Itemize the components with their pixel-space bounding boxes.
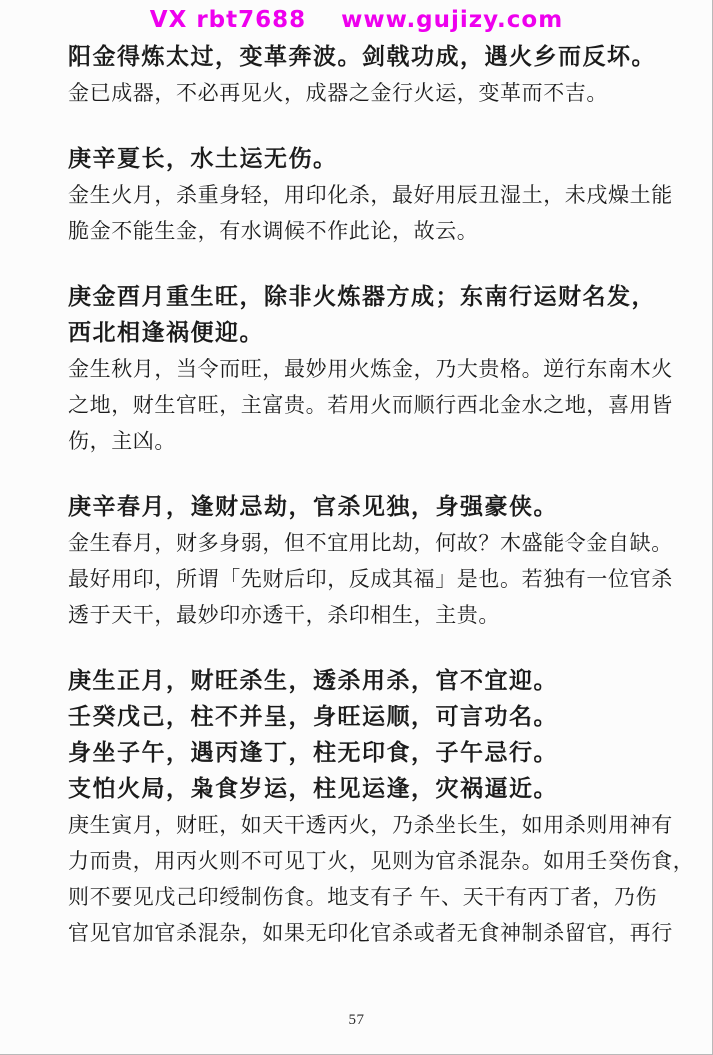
watermark-vx-text: VX rbt7688 [150,7,306,33]
verse-heading-line: 阳金得炼太过，变革奔波。剑戟功成，遇火乡而反坏。 [68,39,655,75]
commentary-line: 金生春月，财多身弱，但不宜用比劫，何故？木盛能令金自缺。 [68,525,655,561]
verse-heading-line: 庚金酉月重生旺，除非火炼器方成；东南行运财名发， [68,279,655,315]
watermark-header: VX rbt7688 www.gujizy.com [0,0,713,33]
commentary-line: 透于天干，最妙印亦透干，杀印相生，主贵。 [68,597,655,633]
page-footer: 57 [0,1012,713,1029]
verse-heading-line: 支怕火局，枭食岁运，柱见运逢，灾祸逼近。 [68,771,655,807]
commentary-line: 之地，财生官旺，主富贵。若用火而顺行西北金水之地，喜用皆 [68,387,655,423]
commentary-line: 金生秋月，当令而旺，最妙用火炼金，乃大贵格。逆行东南木火 [68,351,655,387]
verse-heading-line: 身坐子午，遇丙逢丁，柱无印食，子午忌行。 [68,735,655,771]
commentary-line: 脆金不能生金，有水调候不作此论，故云。 [68,213,655,249]
section-gengjin-youyue: 庚金酉月重生旺，除非火炼器方成；东南行运财名发， 西北相逢祸便迎。 金生秋月，当… [68,279,655,459]
commentary-line: 金生火月，杀重身轻，用印化杀，最好用辰丑湿土，未戌燥土能 [68,177,655,213]
section-gengxin-xiachang: 庚辛夏长，水土运无伤。 金生火月，杀重身轻，用印化杀，最好用辰丑湿土，未戌燥土能… [68,141,655,249]
section-gengxin-chunyue: 庚辛春月，逢财忌劫，官杀见独，身强豪侠。 金生春月，财多身弱，但不宜用比劫，何故… [68,489,655,633]
scanned-book-page: VX rbt7688 www.gujizy.com 阳金得炼太过，变革奔波。剑戟… [0,0,713,1055]
watermark-url-text: www.gujizy.com [341,7,563,33]
commentary-line: 力而贵，用丙火则不可见丁火，见则为官杀混杂。如用壬癸伤食， [68,843,655,879]
section-yang-jin-verse: 阳金得炼太过，变革奔波。剑戟功成，遇火乡而反坏。 金已成器，不必再见火，成器之金… [68,39,655,111]
verse-heading-line: 壬癸戊己，柱不并呈，身旺运顺，可言功名。 [68,699,655,735]
verse-heading-line: 庚辛夏长，水土运无伤。 [68,141,655,177]
commentary-line: 庚生寅月，财旺，如天干透丙火，乃杀坐长生，如用杀则用神有 [68,807,655,843]
verse-heading-line: 庚辛春月，逢财忌劫，官杀见独，身强豪侠。 [68,489,655,525]
section-gengsheng-zhengyue: 庚生正月，财旺杀生，透杀用杀，官不宜迎。 壬癸戊己，柱不并呈，身旺运顺，可言功名… [68,663,655,951]
page-number: 57 [349,1012,365,1028]
verse-heading-line: 西北相逢祸便迎。 [68,315,655,351]
commentary-line: 官见官加官杀混杂，如果无印化官杀或者无食神制杀留官，再行 [68,915,655,951]
commentary-line: 最好用印，所谓「先财后印，反成其福」是也。若独有一位官杀 [68,561,655,597]
commentary-line: 金已成器，不必再见火，成器之金行火运，变革而不吉。 [68,75,655,111]
commentary-line: 伤，主凶。 [68,423,655,459]
commentary-line: 则不要见戊己印绶制伤食。地支有子 午、天干有丙丁者，乃伤 [68,879,655,915]
page-content: 阳金得炼太过，变革奔波。剑戟功成，遇火乡而反坏。 金已成器，不必再见火，成器之金… [68,39,655,951]
verse-heading-line: 庚生正月，财旺杀生，透杀用杀，官不宜迎。 [68,663,655,699]
